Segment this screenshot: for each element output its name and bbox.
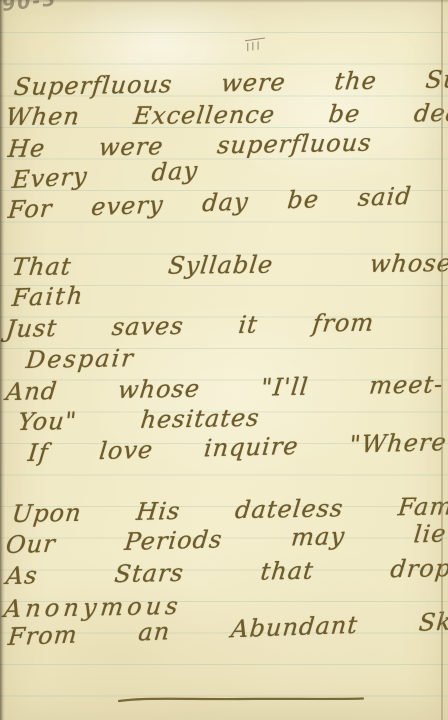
manuscript-line: You" hesitates [17,405,261,437]
manuscript-line: When Excellence be dead [4,100,448,132]
manuscript-line: And whose "I'll meet- [5,371,445,406]
corner-pencil-mark: 90-3 [1,0,59,16]
manuscript-line: Just saves it from [5,310,376,344]
section-number-mark: III [245,38,265,55]
manuscript-line: That Syllable whose [10,250,448,281]
page-top-edge [0,0,448,3]
manuscript-line: As Stars that drop [5,555,448,590]
manuscript-line: Faith [11,282,86,312]
manuscript-line: Superfluous were the Sun [13,66,448,102]
manuscript-page: 90-3 III Superfluous were the Sun When E… [0,0,448,720]
ink-flourish-line [117,694,365,704]
manuscript-line: Despair [25,345,137,374]
